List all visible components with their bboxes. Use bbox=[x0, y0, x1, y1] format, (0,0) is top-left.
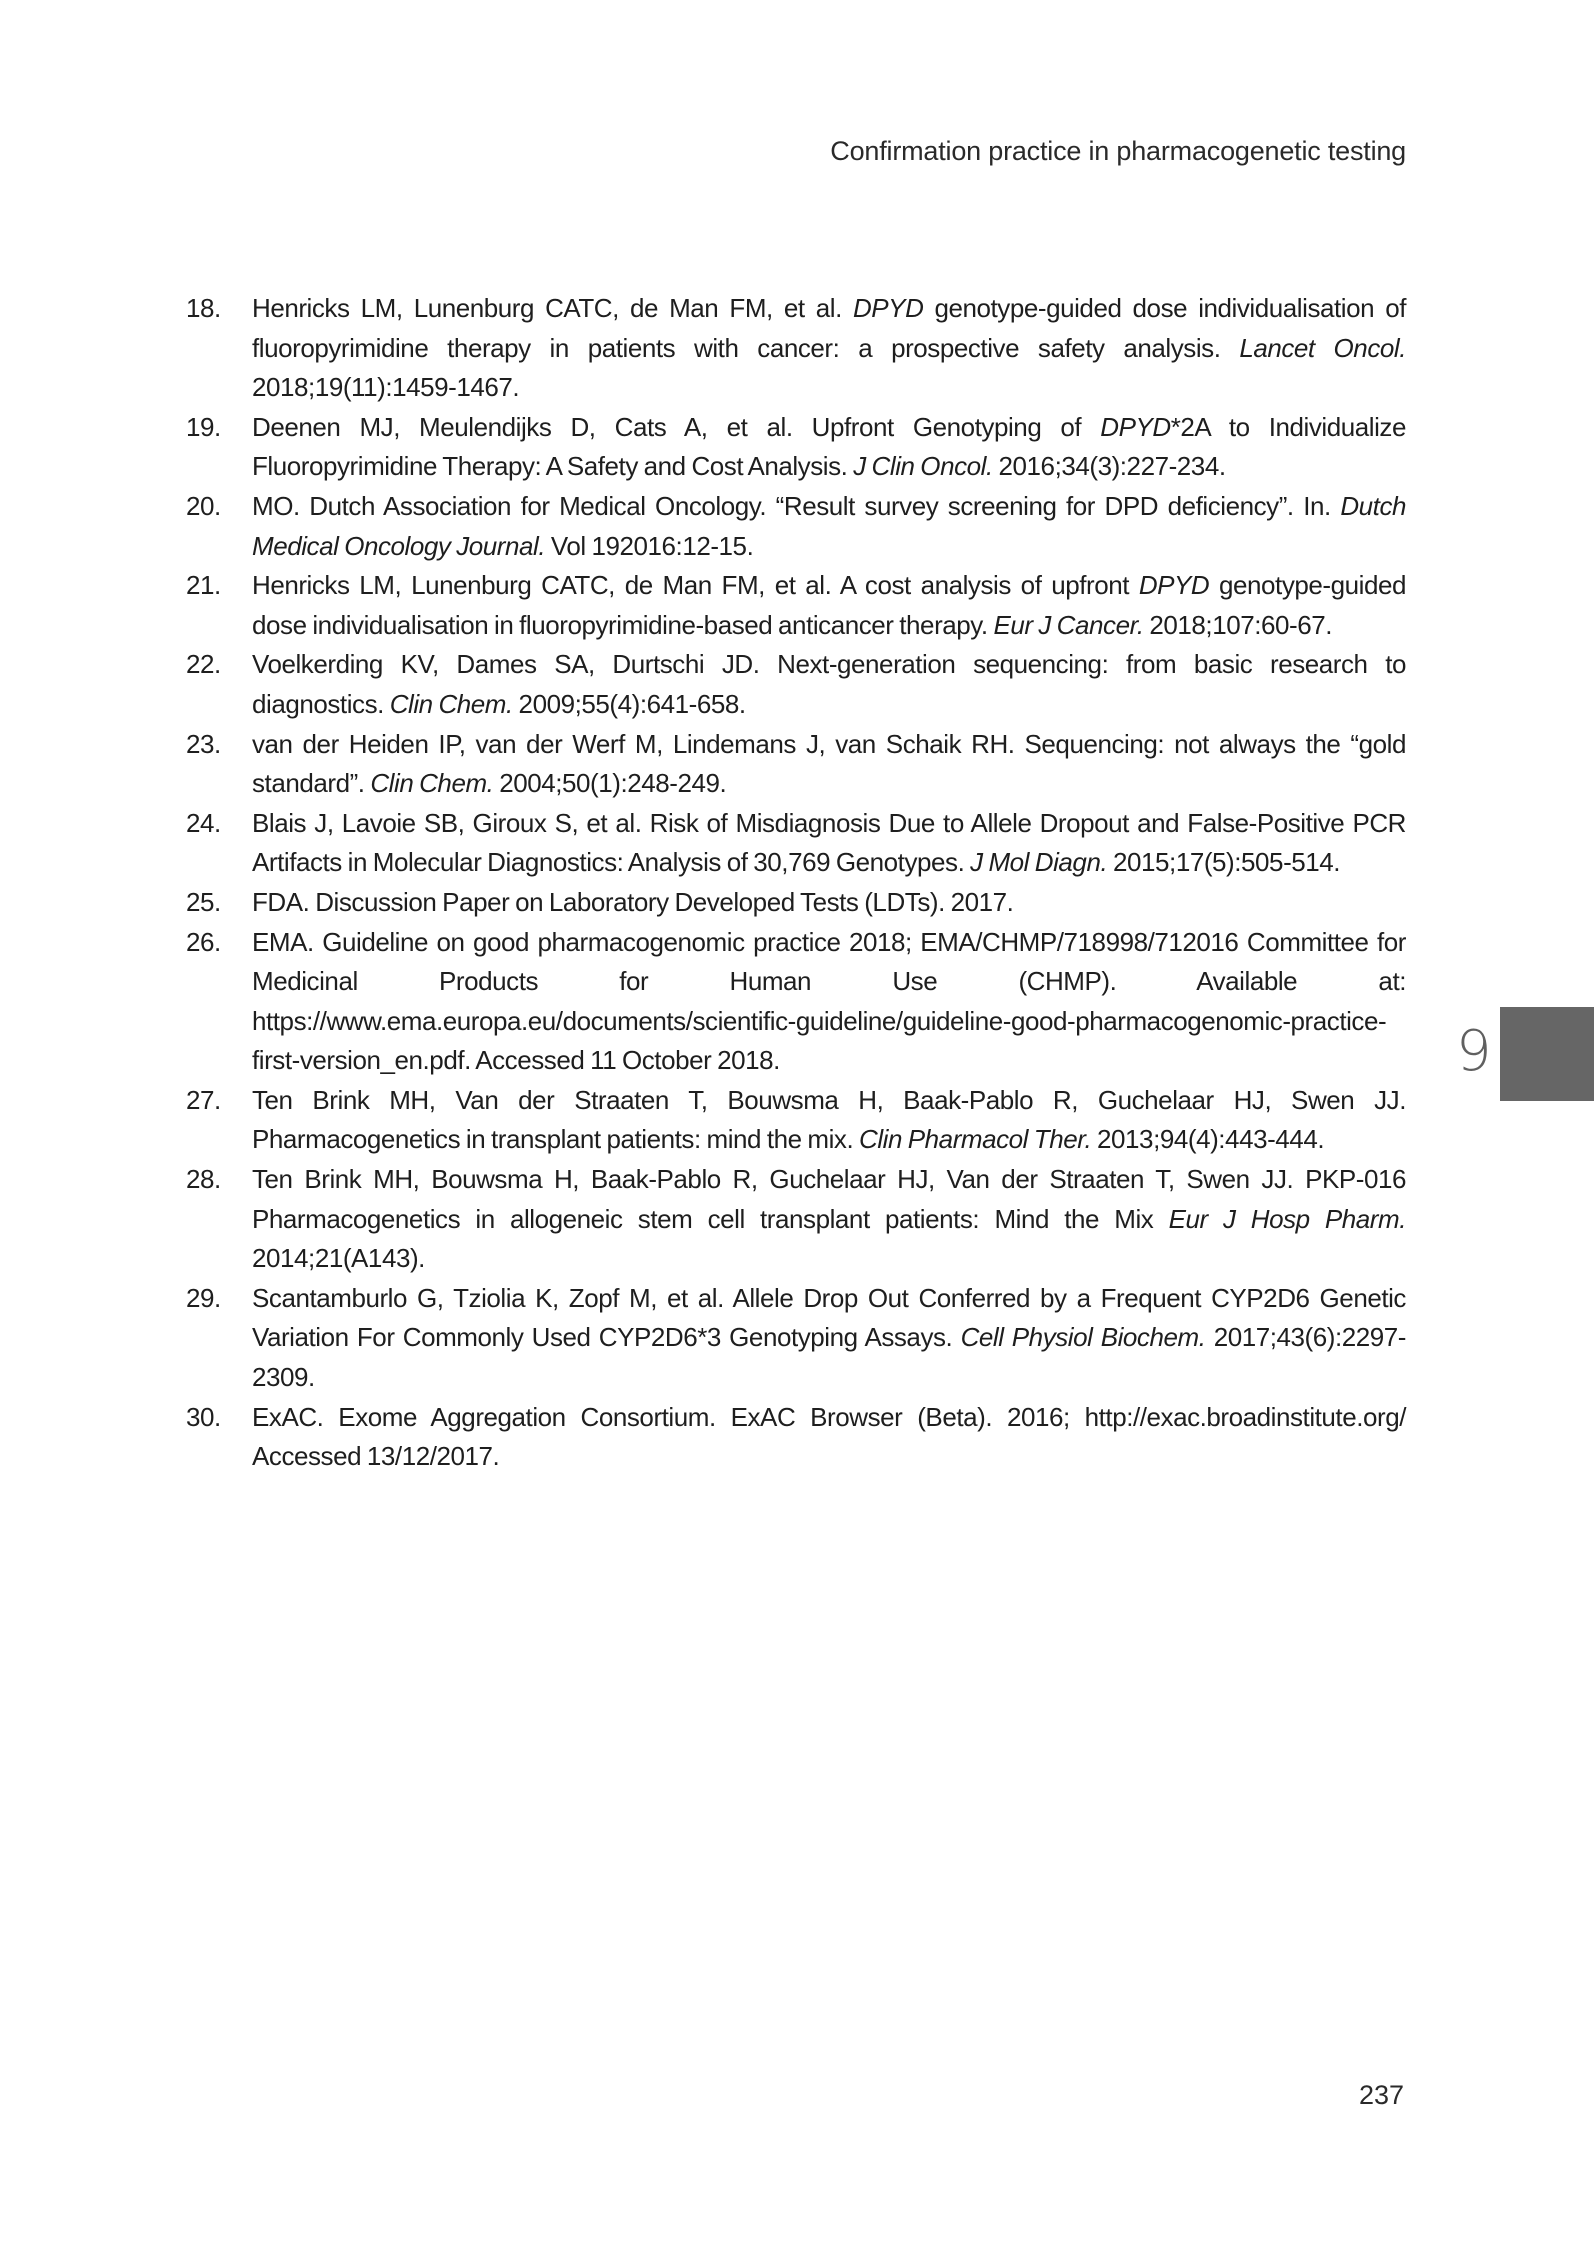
reference-number: 23. bbox=[186, 725, 238, 765]
reference-text: Ten Brink MH, Van der Straaten T, Bouwsm… bbox=[252, 1085, 1406, 1155]
reference-text: EMA. Guideline on good pharmacogenomic p… bbox=[252, 927, 1406, 1076]
journal-italic-text: Clin Pharmacol Ther. bbox=[859, 1124, 1091, 1154]
reference-text-segment: 2018;107:60-67. bbox=[1144, 610, 1332, 640]
page-number: 237 bbox=[1359, 2080, 1404, 2111]
reference-text: Deenen MJ, Meulendijks D, Cats A, et al.… bbox=[252, 412, 1406, 482]
journal-italic-text: DPYD bbox=[853, 293, 923, 323]
reference-text: Henricks LM, Lunenburg CATC, de Man FM, … bbox=[252, 293, 1406, 402]
reference-item: 26.EMA. Guideline on good pharmacogenomi… bbox=[186, 923, 1406, 1081]
reference-number: 29. bbox=[186, 1279, 238, 1319]
journal-italic-text: Eur J Cancer. bbox=[993, 610, 1143, 640]
reference-text: Scantamburlo G, Tziolia K, Zopf M, et al… bbox=[252, 1283, 1406, 1392]
reference-item: 22.Voelkerding KV, Dames SA, Durtschi JD… bbox=[186, 645, 1406, 724]
reference-text: van der Heiden IP, van der Werf M, Linde… bbox=[252, 729, 1406, 799]
reference-number: 19. bbox=[186, 408, 238, 448]
reference-item: 27.Ten Brink MH, Van der Straaten T, Bou… bbox=[186, 1081, 1406, 1160]
reference-number: 27. bbox=[186, 1081, 238, 1121]
journal-italic-text: Clin Chem. bbox=[390, 689, 513, 719]
reference-text: Blais J, Lavoie SB, Giroux S, et al. Ris… bbox=[252, 808, 1406, 878]
reference-text: MO. Dutch Association for Medical Oncolo… bbox=[252, 491, 1406, 561]
journal-italic-text: Cell Physiol Biochem. bbox=[961, 1322, 1206, 1352]
reference-number: 21. bbox=[186, 566, 238, 606]
reference-number: 22. bbox=[186, 645, 238, 685]
reference-item: 20.MO. Dutch Association for Medical Onc… bbox=[186, 487, 1406, 566]
reference-text: ExAC. Exome Aggregation Consortium. ExAC… bbox=[252, 1402, 1406, 1472]
reference-text-segment: EMA. Guideline on good pharmacogenomic p… bbox=[252, 927, 1406, 1076]
reference-number: 24. bbox=[186, 804, 238, 844]
reference-item: 25.FDA. Discussion Paper on Laboratory D… bbox=[186, 883, 1406, 923]
journal-italic-text: DPYD bbox=[1100, 412, 1170, 442]
journal-italic-text: Lancet Oncol. bbox=[1239, 333, 1406, 363]
journal-italic-text: Eur J Hosp Pharm. bbox=[1169, 1204, 1406, 1234]
journal-italic-text: J Mol Diagn. bbox=[970, 847, 1107, 877]
reference-text-segment: MO. Dutch Association for Medical Oncolo… bbox=[252, 491, 1340, 521]
journal-italic-text: DPYD bbox=[1139, 570, 1209, 600]
reference-text-segment: 2009;55(4):641-658. bbox=[513, 689, 746, 719]
chapter-thumb-tab bbox=[1500, 1007, 1594, 1101]
reference-text-segment: Henricks LM, Lunenburg CATC, de Man FM, … bbox=[252, 293, 853, 323]
reference-text: FDA. Discussion Paper on Laboratory Deve… bbox=[252, 887, 1013, 917]
reference-item: 23.van der Heiden IP, van der Werf M, Li… bbox=[186, 725, 1406, 804]
reference-text-segment: 2016;34(3):227-234. bbox=[993, 451, 1226, 481]
reference-number: 18. bbox=[186, 289, 238, 329]
reference-number: 20. bbox=[186, 487, 238, 527]
reference-text-segment: Vol 192016:12-15. bbox=[545, 531, 753, 561]
reference-text-segment: 2004;50(1):248-249. bbox=[493, 768, 726, 798]
reference-text-segment: Deenen MJ, Meulendijks D, Cats A, et al.… bbox=[252, 412, 1100, 442]
reference-item: 18.Henricks LM, Lunenburg CATC, de Man F… bbox=[186, 289, 1406, 408]
reference-item: 29.Scantamburlo G, Tziolia K, Zopf M, et… bbox=[186, 1279, 1406, 1398]
reference-text: Voelkerding KV, Dames SA, Durtschi JD. N… bbox=[252, 649, 1406, 719]
reference-text-segment: 2013;94(4):443-444. bbox=[1091, 1124, 1324, 1154]
reference-text: Henricks LM, Lunenburg CATC, de Man FM, … bbox=[252, 570, 1406, 640]
journal-italic-text: Clin Chem. bbox=[370, 768, 493, 798]
reference-text-segment: 2018;19(11):1459-1467. bbox=[252, 372, 519, 402]
chapter-number: 9 bbox=[1456, 1022, 1492, 1082]
reference-number: 26. bbox=[186, 923, 238, 963]
reference-item: 24.Blais J, Lavoie SB, Giroux S, et al. … bbox=[186, 804, 1406, 883]
journal-italic-text: J Clin Oncol. bbox=[853, 451, 993, 481]
reference-text-segment: 2015;17(5):505-514. bbox=[1107, 847, 1340, 877]
reference-text-segment: ExAC. Exome Aggregation Consortium. ExAC… bbox=[252, 1402, 1406, 1472]
reference-item: 30.ExAC. Exome Aggregation Consortium. E… bbox=[186, 1398, 1406, 1477]
reference-item: 19.Deenen MJ, Meulendijks D, Cats A, et … bbox=[186, 408, 1406, 487]
reference-text-segment: Henricks LM, Lunenburg CATC, de Man FM, … bbox=[252, 570, 1139, 600]
running-header: Confirmation practice in pharmacogenetic… bbox=[830, 136, 1406, 167]
reference-list: 18.Henricks LM, Lunenburg CATC, de Man F… bbox=[186, 289, 1406, 1477]
reference-text-segment: 2014;21(A143). bbox=[252, 1243, 425, 1273]
reference-text-segment: FDA. Discussion Paper on Laboratory Deve… bbox=[252, 887, 1013, 917]
reference-item: 28.Ten Brink MH, Bouwsma H, Baak-Pablo R… bbox=[186, 1160, 1406, 1279]
reference-number: 30. bbox=[186, 1398, 238, 1438]
reference-item: 21.Henricks LM, Lunenburg CATC, de Man F… bbox=[186, 566, 1406, 645]
reference-number: 28. bbox=[186, 1160, 238, 1200]
reference-text: Ten Brink MH, Bouwsma H, Baak-Pablo R, G… bbox=[252, 1164, 1406, 1273]
reference-number: 25. bbox=[186, 883, 238, 923]
